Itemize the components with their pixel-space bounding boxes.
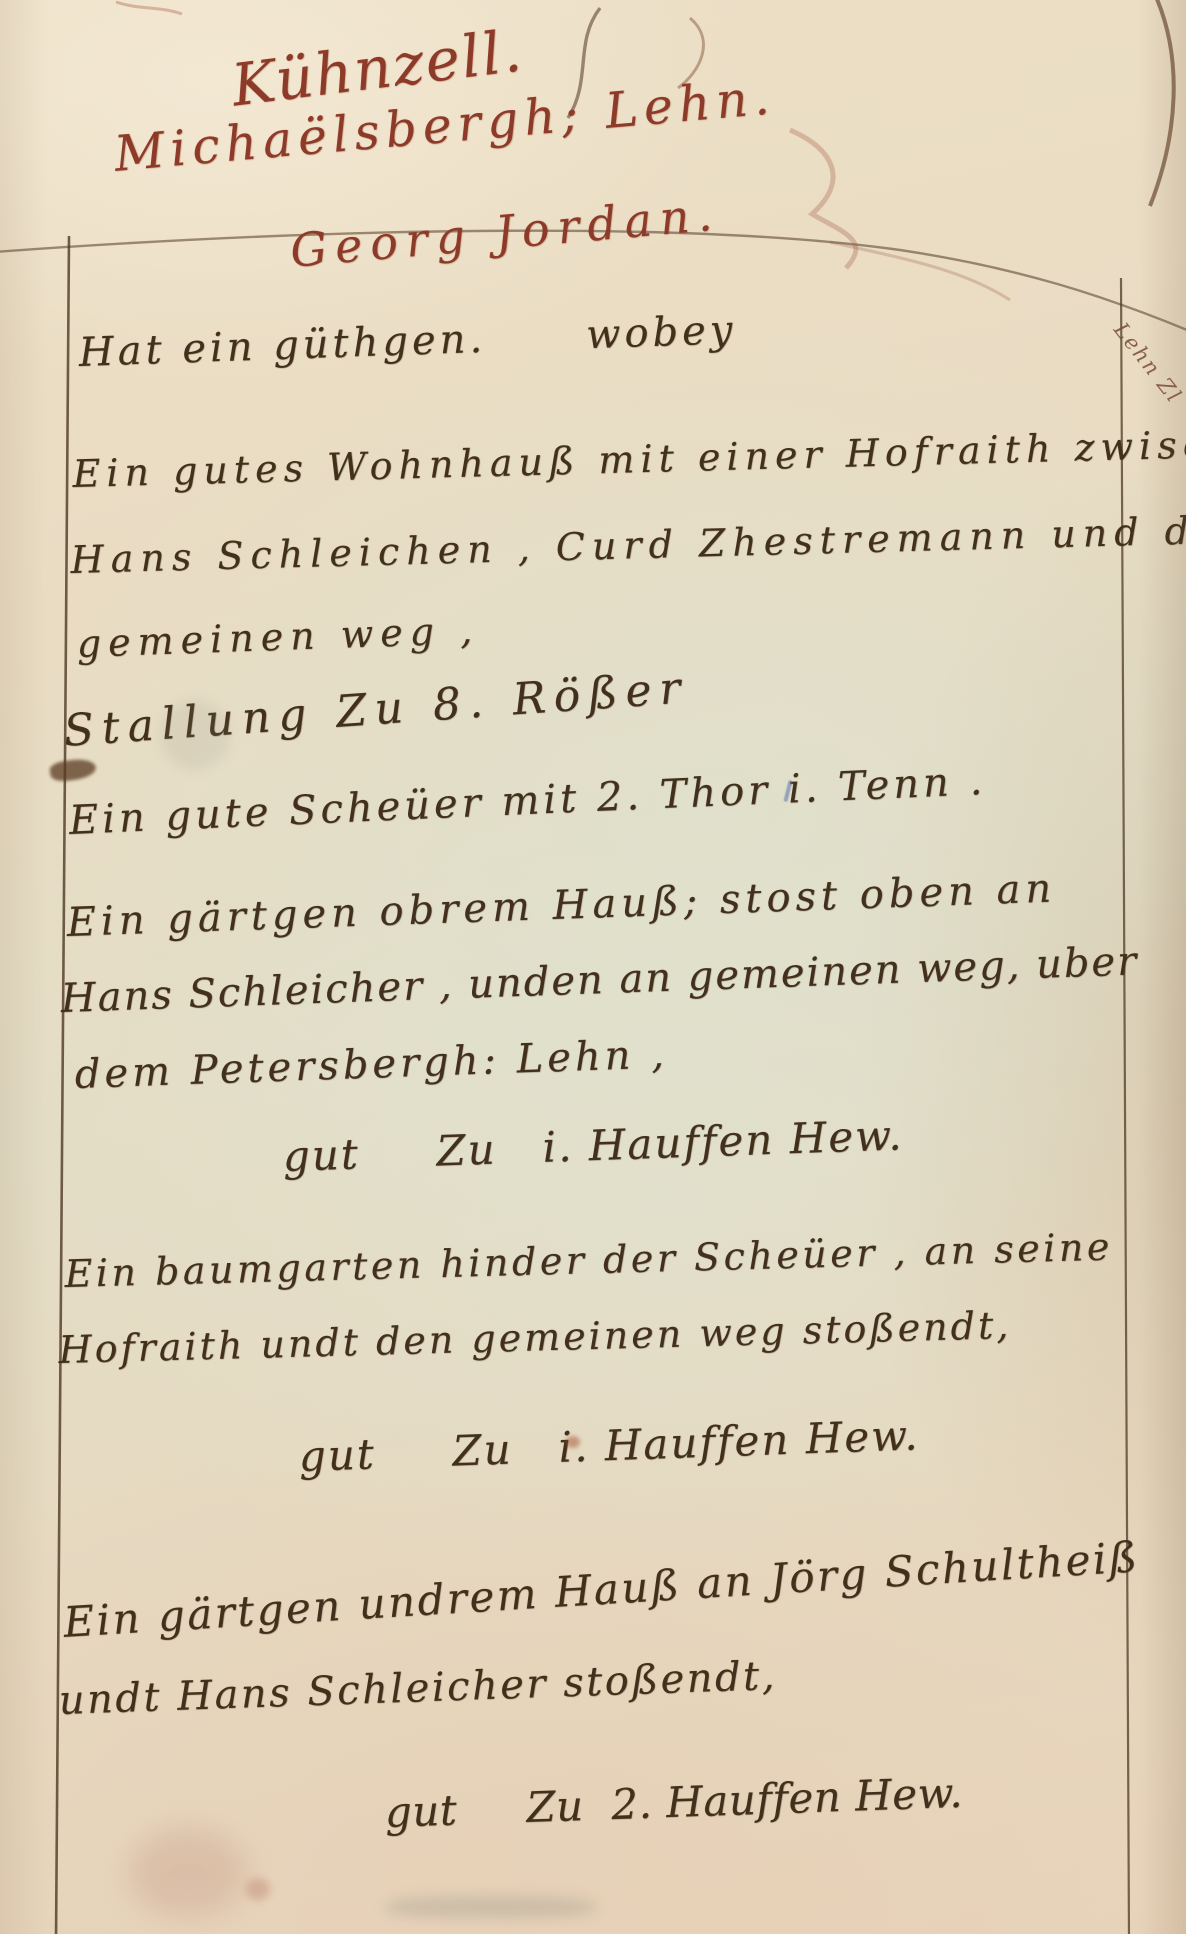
ink-flourish-right-icon — [1150, 0, 1174, 206]
red-smudge-icon — [790, 130, 856, 268]
red-trace-top-icon — [116, 2, 182, 14]
manuscript-photo: Kühnzell. Michaëlsbergh; Lehn. Georg Jor… — [0, 0, 1186, 1934]
